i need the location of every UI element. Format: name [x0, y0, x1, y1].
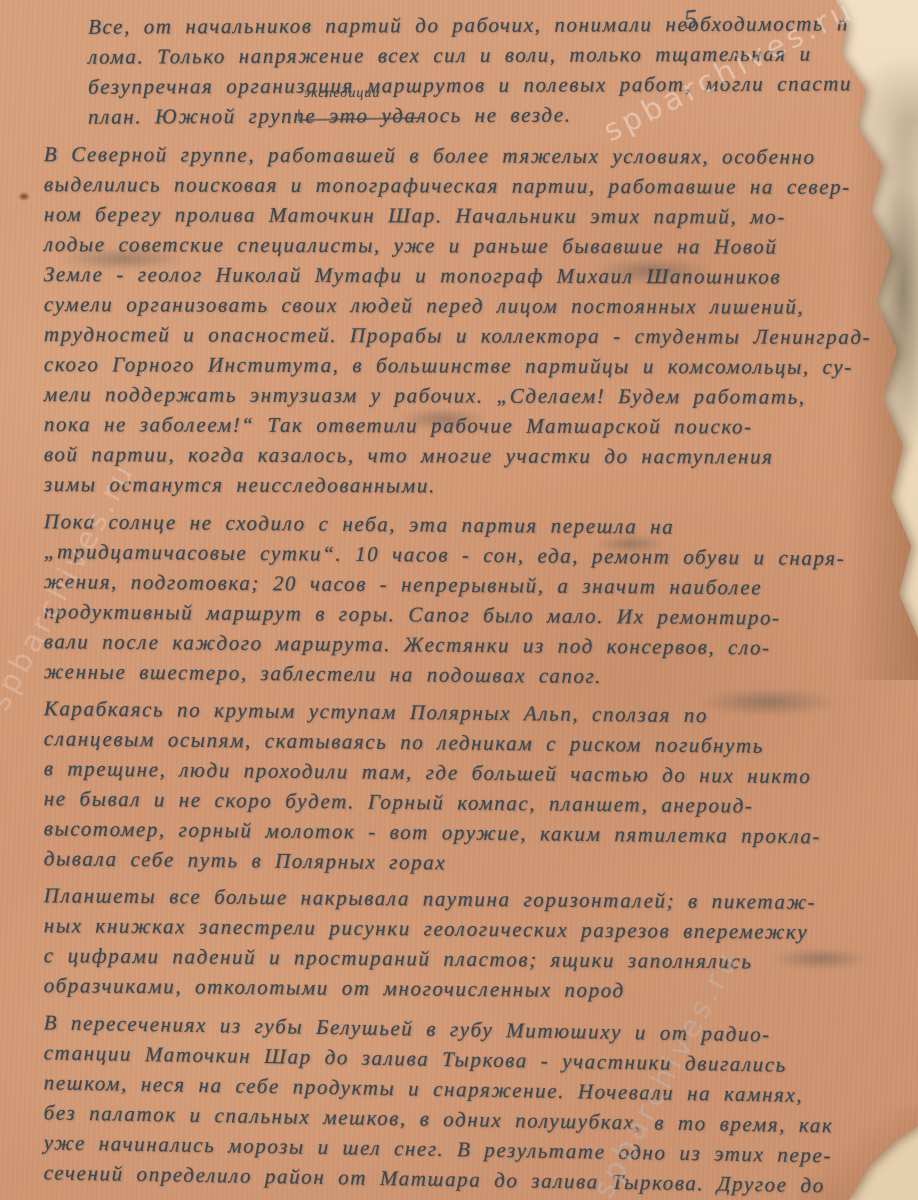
inserted-word: экспедиции [304, 86, 380, 102]
handwritten-text: Все, от начальников партий до рабочих, п… [20, 12, 918, 1194]
paragraph: Карабкаясь по крутым уступам Полярных Ал… [20, 693, 918, 873]
text-line: Все, от начальников партий до рабочих, п… [20, 8, 918, 42]
text-line: выделились поисковая и топографическая п… [20, 169, 918, 202]
text-line: план. Южной группе это удалось не везде. [20, 98, 918, 132]
text-line: мели поддержать энтузиазм у рабочих. „Сд… [20, 379, 918, 412]
paper-wrap: 5 Все, от начальников партий до рабочих,… [0, 0, 918, 1200]
text-line: лома. Только напряжение всех сил и воли,… [20, 38, 918, 72]
text-line: ского Горного Института, в большинстве п… [20, 349, 918, 382]
text-line: зимы останутся неисследованными. [20, 469, 918, 502]
manuscript-photo: 5 Все, от начальников партий до рабочих,… [0, 0, 918, 1200]
text-line: образчиками, отколотыми от многочисленны… [20, 970, 918, 1008]
manuscript-paper: 5 Все, от начальников партий до рабочих,… [0, 0, 918, 1200]
text-line: безупречная организация маршрутов и поле… [20, 68, 918, 102]
text-line: пока не заболеем!“ Так ответили рабочие … [20, 409, 918, 442]
paragraph: В пересечениях из губы Белушьей в губу М… [20, 1007, 918, 1187]
text-line: вой партии, когда казалось, что многие у… [20, 439, 918, 472]
text-line: женные вшестеро, заблестели на подошвах … [20, 656, 918, 694]
paragraph: В Северной группе, работавшей в более тя… [20, 139, 918, 499]
text-line: В Северной группе, работавшей в более тя… [20, 139, 918, 172]
insertion-caret-line [298, 107, 424, 121]
text-line: лодые советские специалисты, уже и раньш… [20, 229, 918, 262]
text-line: Земле - геолог Николай Мутафи и топограф… [20, 259, 918, 292]
text-line: ном берегу пролива Маточкин Шар. Начальн… [20, 199, 918, 232]
paragraph: Планшеты все больше накрывала паутина го… [20, 880, 918, 1000]
text-line: трудностей и опасностей. Прорабы и колле… [20, 319, 918, 352]
paragraph: Пока солнце не сходило с неба, эта парти… [20, 506, 918, 686]
text-line: сумели организовать своих людей перед ли… [20, 289, 918, 322]
paragraph: Все, от начальников партий до рабочих, п… [20, 12, 918, 132]
